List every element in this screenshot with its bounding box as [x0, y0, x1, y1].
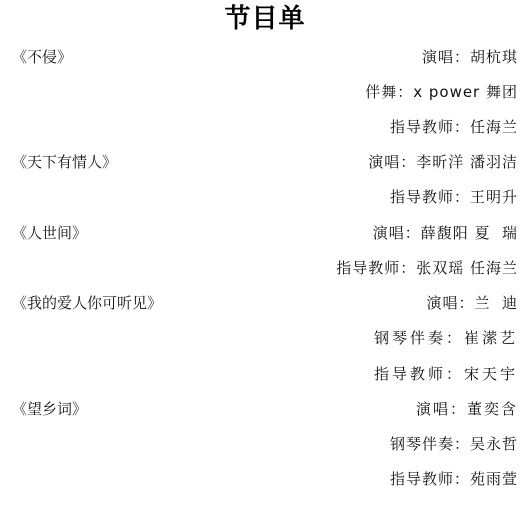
credit-instructor: 指导教师：王明升 [390, 185, 518, 209]
credit-row: 指导教师：张双瑶 任海兰 [12, 256, 518, 280]
credit-row: 伴舞：x power 舞团 [12, 80, 518, 104]
credit-pianist: 钢琴伴奏：吴永哲 [390, 432, 518, 456]
page-title: 节目单 [0, 2, 530, 36]
program-title: 《我的爱人你可听见》 [12, 291, 162, 315]
credit-singer: 演唱：董奕含 [416, 397, 518, 421]
program-row: 《我的爱人你可听见》 演唱：兰 迪 [12, 291, 518, 315]
credit-instructor: 指导教师：任海兰 [390, 115, 518, 139]
program-row: 《人世间》 演唱：薛馥阳 夏 瑞 [12, 221, 518, 245]
credit-row: 钢琴伴奏：崔潆艺 [12, 326, 518, 350]
program-title: 《望乡词》 [12, 397, 87, 421]
credit-singer: 演唱：兰 迪 [426, 291, 518, 315]
program-title: 《人世间》 [12, 221, 87, 245]
credit-instructor: 指导教师：苑雨萱 [390, 467, 518, 491]
credit-pianist: 钢琴伴奏：崔潆艺 [374, 326, 518, 350]
credit-singer: 演唱：薛馥阳 夏 瑞 [373, 221, 518, 245]
credit-singer: 演唱：李昕洋 潘羽洁 [368, 150, 518, 174]
credit-row: 指导教师：任海兰 [12, 115, 518, 139]
program-row: 《望乡词》 演唱：董奕含 [12, 397, 518, 421]
credit-instructor: 指导教师：张双瑶 任海兰 [336, 256, 518, 280]
program-title: 《天下有情人》 [12, 150, 117, 174]
credit-row: 钢琴伴奏：吴永哲 [12, 432, 518, 456]
credit-row: 指导教师：苑雨萱 [12, 467, 518, 491]
credit-instructor: 指导教师：宋天宇 [374, 362, 518, 386]
credit-dancers: 伴舞：x power 舞团 [365, 80, 518, 104]
credit-row: 指导教师：宋天宇 [12, 362, 518, 386]
credit-singer: 演唱：胡杭琪 [422, 45, 518, 69]
program-title: 《不侵》 [12, 45, 72, 69]
program-row: 《天下有情人》 演唱：李昕洋 潘羽洁 [12, 150, 518, 174]
program-row: 《不侵》 演唱：胡杭琪 [12, 45, 518, 69]
credit-row: 指导教师：王明升 [12, 185, 518, 209]
